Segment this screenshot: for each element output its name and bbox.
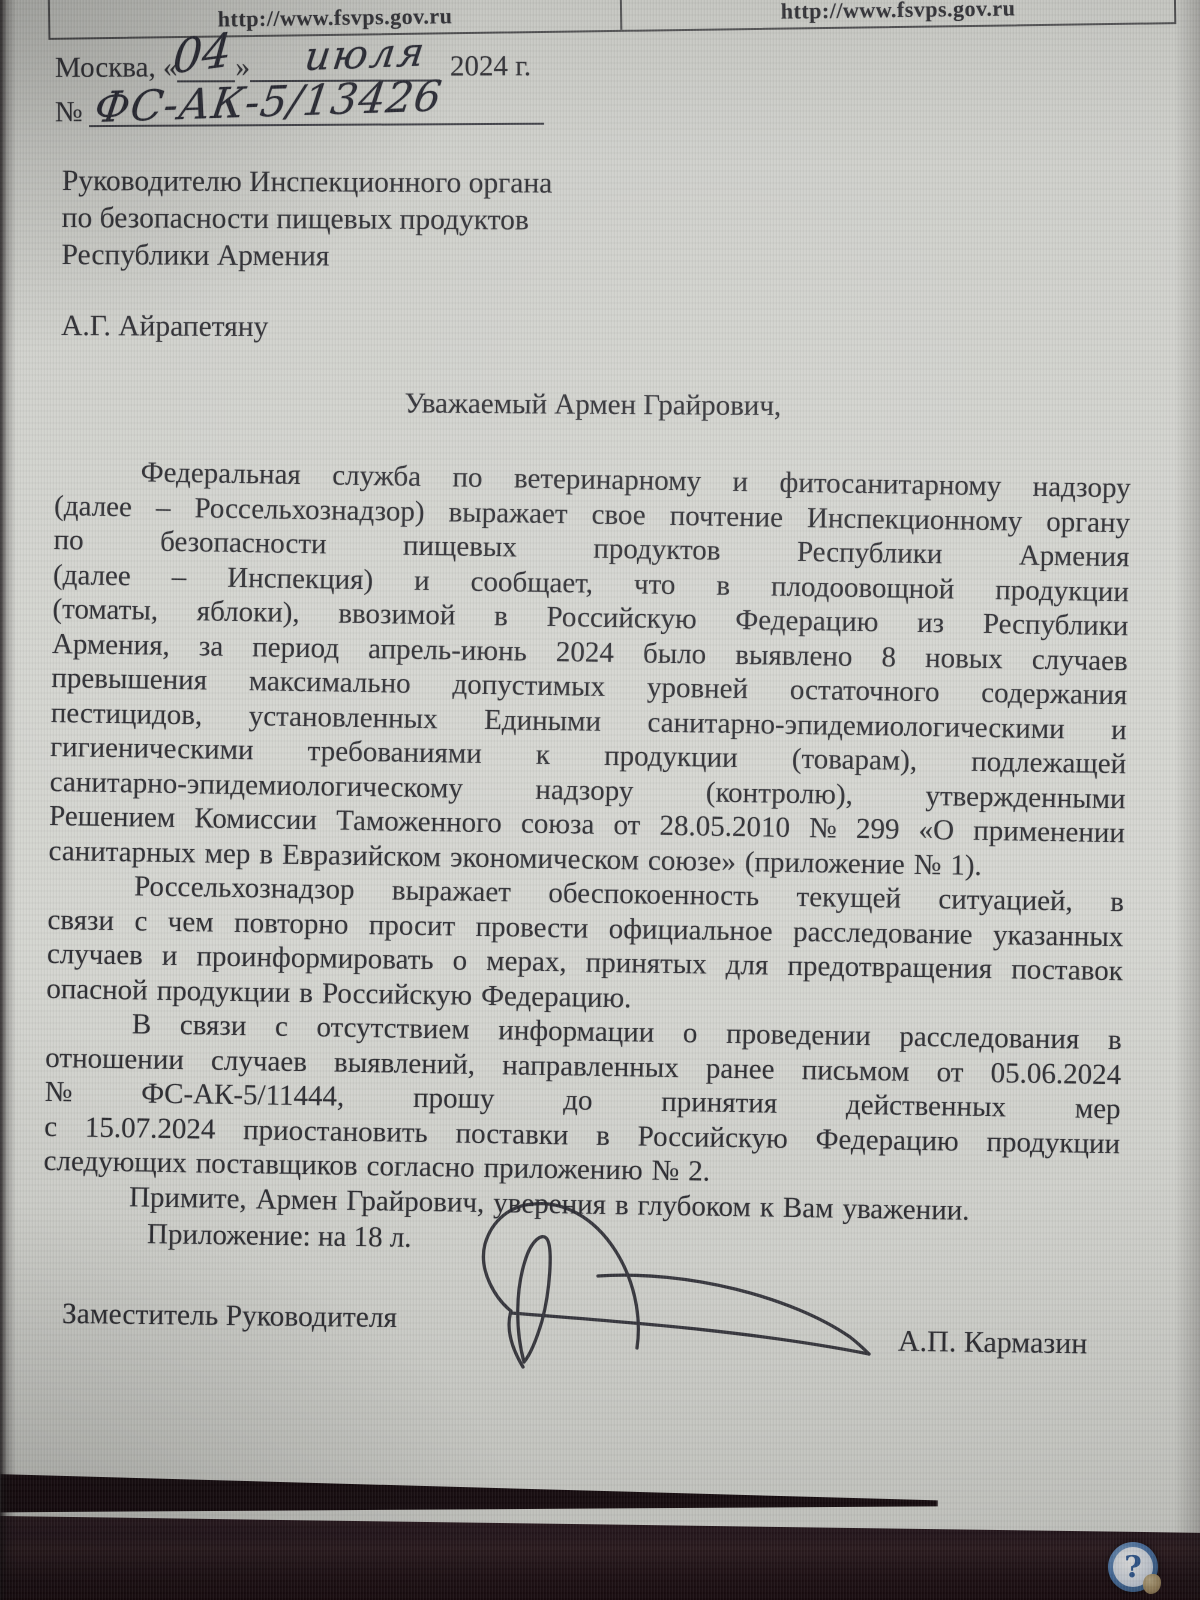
date-day-handwritten: 04 — [171, 22, 234, 84]
letter-document: http://www.fsvps.gov.ru http://www.fsvps… — [0, 0, 1200, 1600]
help-icon[interactable]: ? — [1108, 1542, 1158, 1592]
number-line: №ФС-АК-5/13426 — [55, 93, 544, 130]
salutation: Уважаемый Армен Грайрович, — [55, 385, 1131, 426]
header-url-right: http://www.fsvps.gov.ru — [781, 0, 1016, 25]
signer-title: Заместитель Руководителя — [62, 1298, 398, 1335]
recipient-line: по безопасности пищевых продуктов — [62, 200, 553, 240]
number-handwritten: ФС-АК-5/13426 — [91, 71, 445, 132]
year-label: 2024 г. — [450, 50, 531, 82]
letter-body: Федеральнаяслужбаповетеринарномуифитосан… — [43, 455, 1131, 1231]
number-underline: ФС-АК-5/13426 — [89, 93, 544, 127]
city-label: Москва, « — [55, 51, 178, 83]
recipient-line: Руководителю Инспекционного органа — [62, 163, 553, 203]
recipient-name: А.Г. Айрапетяну — [61, 308, 552, 348]
attachment-note: Приложение: на 18 л. — [147, 1218, 412, 1255]
recipient-block: Руководителю Инспекционного органа по бе… — [61, 163, 552, 348]
header-url-left: http://www.fsvps.gov.ru — [218, 3, 453, 32]
recipient-line: Республики Армения — [61, 237, 552, 277]
header-cell-right: http://www.fsvps.gov.ru — [622, 0, 1175, 30]
signer-name: А.П. Кармазин — [898, 1325, 1088, 1362]
number-prefix: № — [55, 96, 83, 128]
